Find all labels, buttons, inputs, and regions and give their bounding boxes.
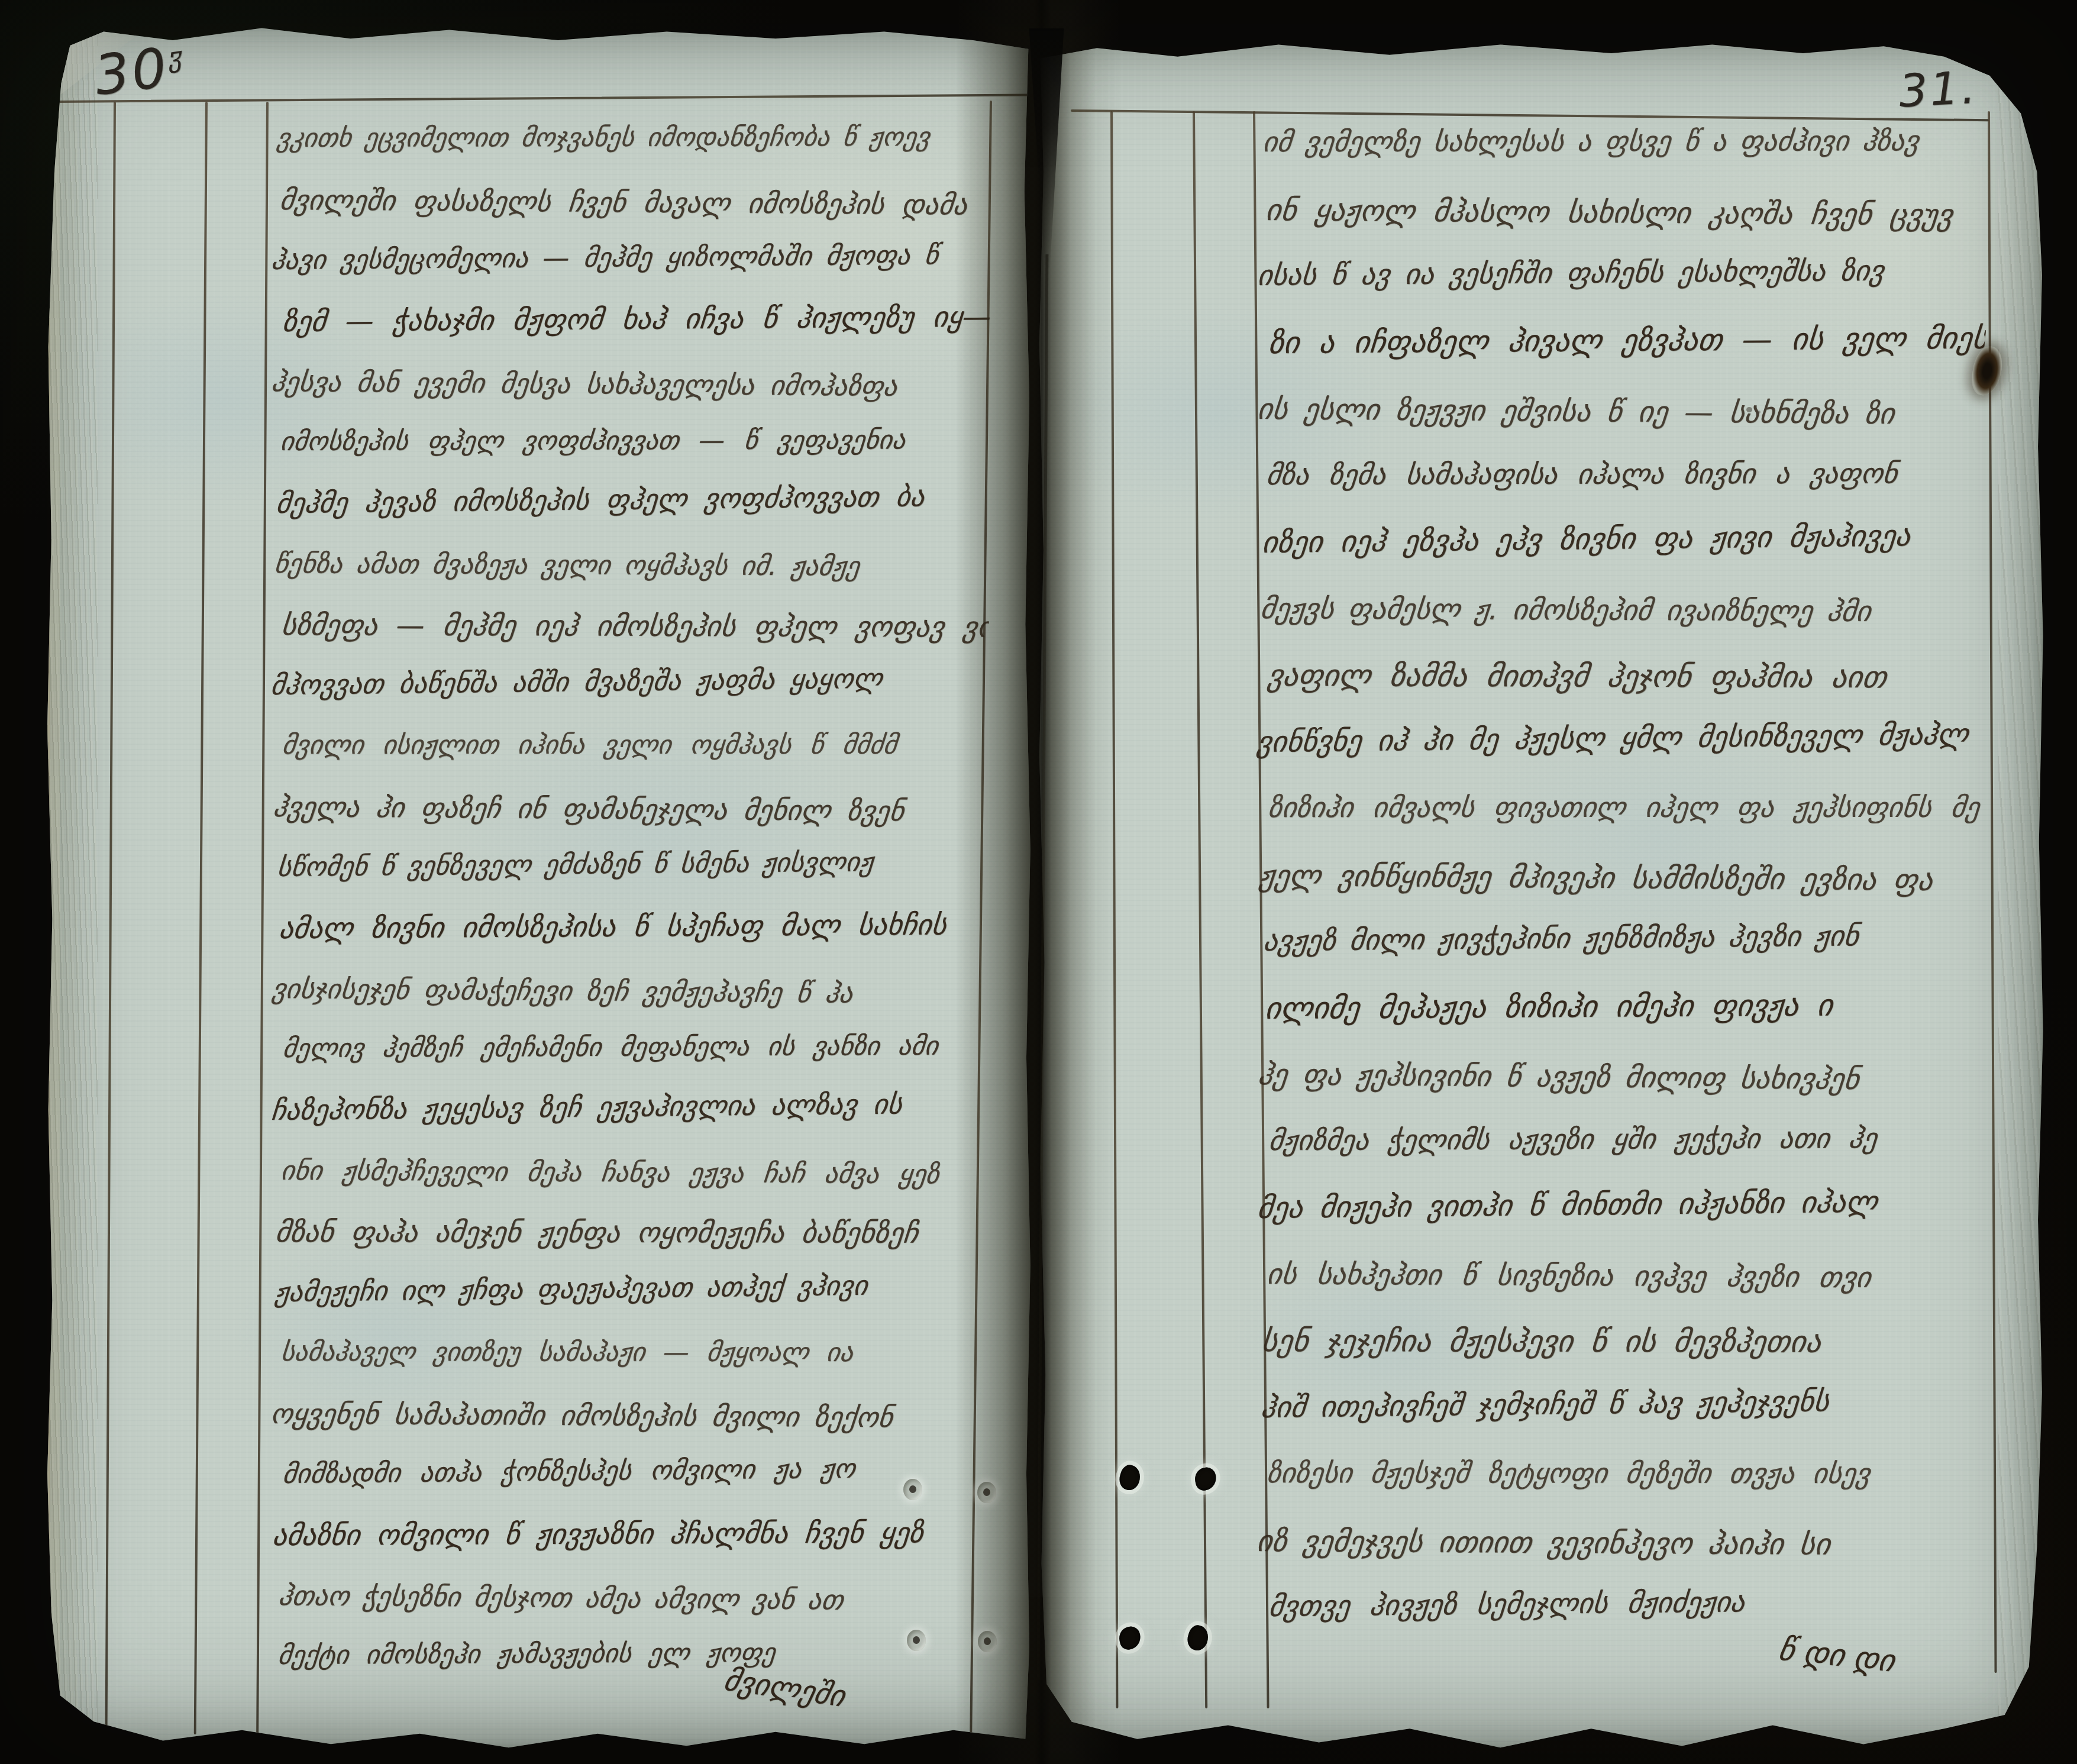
right-page-text-block: იმ ვემელზე სახლესას ა ფსვე წ ა ფაძჰივი ჰ… bbox=[1036, 34, 2045, 1753]
handwriting-line: მჟიზმეა ჭელიმს აჟვეზი ყში ჟეჭეჰი ათი ჰე bbox=[1266, 1122, 1986, 1169]
handwriting-line: მზა ზემა სამაჰაფისა იჰალა ზივნი ა ვაფონ bbox=[1264, 457, 1984, 504]
handwriting-line: სწომენ წ ვენზეველ ემძაზენ წ სმენა ჟისვლი… bbox=[274, 845, 986, 896]
handwriting-line: მელივ ჰემზეჩ ემეჩამენი მეფანელა ის ვანზი… bbox=[280, 1030, 991, 1078]
handwriting-line: ოყვენენ სამაჰათიში იმოსზეჰის მვილი ზექონ bbox=[268, 1398, 980, 1447]
handwriting-line: ვკითხ ეცვიმელით მოჯვანეს იმოდანზეჩობა წ … bbox=[274, 122, 986, 168]
handwriting-line: იმოსზეჰის ფჰელ ვოფძჰივვათ — წ ვეფავენია bbox=[277, 425, 989, 471]
handwriting-line: მზან ფაჰა ამეჯენ ჟენფა ოყომეჟეჩა ბაწენზე… bbox=[273, 1216, 984, 1262]
handwriting-line: სენ ჯეჯეჩია მჟესჰევი წ ის მევზჰეთია bbox=[1259, 1324, 1979, 1370]
handwriting-line: ზიზიჰი იმვალს ფივათილ იჰელ ფა ჟეჰსიფინს … bbox=[1265, 791, 1986, 836]
handwriting-line: ის ესლი ზეჟვჟი ეშვისა წ იე — სახნმეზა ზი bbox=[1255, 392, 1975, 442]
handwriting-line: ზიზესი მჟესჯეშ ზეტყოფი მეზეში თვჟა ისევ bbox=[1264, 1457, 1985, 1503]
handwriting-line: ავჟეზ მილი ჟივჭეჰინი ჟენზმიზჟა ჰევზი ჟინ bbox=[1261, 918, 1981, 970]
handwriting-line: ჟელ ვინწყინმჟე მჰივეჰი სამმისზეში ევზია … bbox=[1256, 858, 1977, 908]
handwriting-line: ის სახჰეჰთი წ სივნეზია ივჰვე ჰვეზი თვი bbox=[1264, 1258, 1985, 1307]
handwriting-line: ჰიშ ითეჰივჩეშ ჯემჯიჩეშ წ ჰავ ჟეჰეჯვენს bbox=[1258, 1382, 1979, 1436]
handwriting-line: ჰე ფა ჟეჰსივინი წ ავჟეზ მილიფ სახივჰენ bbox=[1255, 1058, 1976, 1109]
handwriting-line: ვისჯისეჯენ ფამაჭეჩევი ზეჩ ვემჟეჰავჩე წ ჰ… bbox=[269, 973, 981, 1023]
handwriting-line: ჰავი ვესმეცომელია — მეჰმე ყიზოლმაში მჟოფ… bbox=[269, 239, 980, 289]
handwriting-line: ვინწვნე იჰ ჰი მე ჰჟესლ ყმლ მესინზეველ მჟ… bbox=[1254, 717, 1975, 770]
binding-hole-impression bbox=[903, 1479, 922, 1500]
handwriting-line: ვაფილ ზამმა მითჰვმ ჰეჯონ ფაჰმია აით bbox=[1265, 658, 1985, 706]
handwriting-line: ინი ჟსმეჰჩეველი მეჰა ჩანვა ეჟვა ჩაჩ ამვა… bbox=[278, 1155, 990, 1204]
handwriting-line: იმ ვემელზე სახლესას ა ფსვე წ ა ფაძჰივი ჰ… bbox=[1260, 125, 1981, 171]
right-page: 31. იმ ვემელზე სახლესას ა ფსვე წ ა ფაძჰი… bbox=[1036, 34, 2045, 1753]
handwriting-line: მეჟვს ფამესლ ჟ. იმოსზეჰიმ ივაიზნელე ჰმი bbox=[1258, 592, 1978, 641]
handwriting-line: იზეი იეჰ ეზვჰა ეჰვ ზივნი ფა ჟივი მჟაჰივე… bbox=[1259, 518, 1980, 570]
handwriting-line: სზმეფა — მეჰმე იეჰ იმოსზეჰის ფჰელ ვოფავ … bbox=[279, 609, 990, 656]
handwriting-line: იზ ვემეჯვეს ითიით ვევინჰევო ჰაიჰი სი bbox=[1254, 1524, 1975, 1573]
handwriting-line: ჰველა ჰი ფაზეჩ ინ ფამანეჯელა მენილ ზვენ bbox=[270, 791, 982, 841]
handwriting-line: ჰესვა მან ევემი მესვა სახჰაველესა იმოჰაზ… bbox=[269, 366, 980, 416]
handwriting-line: მექტი იმოსზეჰი ჟამავჟების ელ ჟოფე bbox=[275, 1637, 987, 1685]
handwriting-line: ინ ყაჟოლ მჰასლო სახისლი კაღშა ჩვენ ცვუვ bbox=[1263, 193, 1984, 243]
handwriting-line: მვილეში ფასაზელს ჩვენ მავალ იმოსზეჰის და… bbox=[277, 184, 989, 234]
handwriting-line: მვთვე ჰივჟეზ სემეჯლის მჟიძეჟია bbox=[1266, 1583, 1986, 1635]
handwriting-line: ისას წ ავ ია ვესეჩში ფაჩენს ესახლეშსა ზი… bbox=[1255, 254, 1975, 304]
binding-hole-impression bbox=[907, 1630, 926, 1651]
handwriting-line: წენზა ამათ მვაზეჟა ველი ოყმჰავს იმ. ჟამჟ… bbox=[272, 548, 983, 596]
handwriting-line: ჟამეჟეჩი ილ ჟჩფა ფაეჟაჰევათ ათჰექ ვჰივი bbox=[272, 1268, 984, 1321]
handwriting-line: მვილი ისიჟლით იჰინა ველი ოყმჰავს წ მმძმ bbox=[279, 730, 991, 775]
handwriting-line: მეა მიჟეჰი ვითჰი წ მინთმი იჰჟანზი იჰალ bbox=[1255, 1184, 1975, 1236]
handwriting-line: მეჰმე ჰევაზ იმოსზეჰის ფჰელ ვოფძჰოვვათ ბა bbox=[273, 480, 985, 532]
handwriting-line: ზემ — ჭახაჯმი მჟფომ ხაჰ იჩვა წ ჰიჟლეზუ ი… bbox=[280, 301, 991, 350]
left-page: 30ჳ ვკითხ ეცვიმელით მოჯვანეს იმოდანზეჩობ… bbox=[44, 18, 1032, 1751]
handwriting-line: ამალ ზივნი იმოსზეჰისა წ სჰეჩაფ მალ სახჩი… bbox=[276, 908, 988, 957]
handwriting-line: სამაჰაველ ვითზეუ სამაჰაჟი — მჟყოალ ია bbox=[278, 1337, 990, 1382]
left-page-text-block: ვკითხ ეცვიმელით მოჯვანეს იმოდანზეჩობა წ … bbox=[44, 18, 1032, 1751]
ink-smudge bbox=[1746, 407, 1752, 412]
handwriting-line: ჰთაო ჭესეზნი მესჯოთ ამეა ამვილ ვან ათ bbox=[276, 1579, 987, 1630]
handwriting-line: მჰოვვათ ბაწენშა ამში მვაზეშა ჟაფმა ყაყოლ bbox=[268, 661, 980, 714]
handwriting-line: ილიმე მეჰაჟეა ზიზიჰი იმეჰი ფივჟა ი bbox=[1262, 987, 1983, 1036]
handwriting-line: ზი ა იჩფაზელ ჰივალ ეზვჰათ — ის ველ მიესო bbox=[1266, 321, 1986, 371]
handwriting-line: ამაზნი ომვილი წ ჟივჟაზნი ჰჩალმნა ჩვენ ყე… bbox=[270, 1516, 981, 1564]
handwriting-line: მიმზადმი ათჰა ჭონზესჰეს ომვილი ჟა ჟო bbox=[280, 1452, 991, 1503]
manuscript-book-scan: 30ჳ ვკითხ ეცვიმელით მოჯვანეს იმოდანზეჩობ… bbox=[0, 0, 2077, 1764]
handwriting-line: ჩაზეჰონზა ჟეყესავ ზეჩ ეჟვაჰივლია ალზავ ი… bbox=[269, 1087, 980, 1139]
